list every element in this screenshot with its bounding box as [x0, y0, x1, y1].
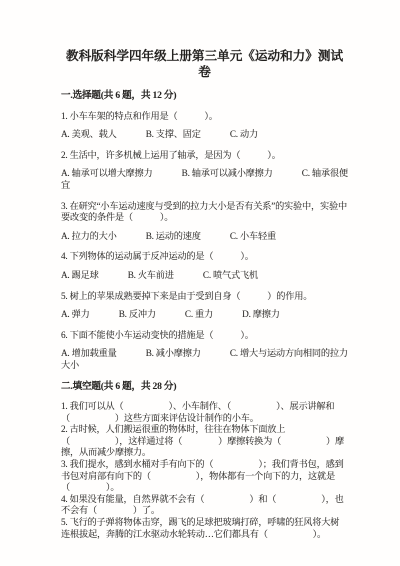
options-row: A. 踢足球 B. 火车前进 C. 喷气式飞机 — [61, 270, 348, 282]
question-text: 4. 下列物体的运动属于反冲运动的是（ ）。 — [61, 251, 348, 263]
option-a: A. 弹力 — [61, 309, 90, 319]
option-b: B. 火车前进 — [128, 270, 174, 280]
option-c: C. 动力 — [230, 129, 258, 139]
options-row: A. 轴承可以增大摩擦力 B. 轴承可以减小摩擦力 C. 轴承很便宜 — [61, 168, 348, 191]
option-b: B. 运动的速度 — [146, 231, 201, 241]
option-b: B. 支撑、固定 — [146, 129, 201, 139]
options-row: A. 拉力的大小 B. 运动的速度 C. 小车轻重 — [61, 231, 348, 243]
question-3: 3. 在研究“小车运动速度与受到的拉力大小是否有关系”的实验中，实验中要改变的条… — [61, 201, 348, 243]
question-text: 6. 下面不能使小车运动变快的措施是（ ）。 — [61, 330, 348, 342]
question-2: 2. 生活中，许多机械上运用了轴承，是因为（ ）。 A. 轴承可以增大摩擦力 B… — [61, 150, 348, 192]
option-b: B. 反冲力 — [119, 309, 156, 319]
fill-question-1: 1. 我们可以从（ ）、小车制作、（ ）、展示讲解和（ ）这些方面来评估设计制作… — [61, 401, 348, 424]
option-d: D. 摩擦力 — [242, 309, 280, 319]
question-5: 5. 树上的苹果成熟要掉下来是由于受到自身（ ）的作用。 A. 弹力 B. 反冲… — [61, 291, 348, 321]
options-row: A. 弹力 B. 反冲力 C. 重力 D. 摩擦力 — [61, 309, 348, 321]
options-row: A. 增加载重量 B. 减小摩擦力 C. 增大与运动方向相同的拉力大小 — [61, 348, 348, 371]
section-fill: 二.填空题(共 6 题，共 28 分) 1. 我们可以从（ ）、小车制作、（ ）… — [61, 381, 348, 541]
fill-question-3: 3. 我们提水，感到水桶对手有向下的（ ）；我们背书包，感到书包对肩部有向下的（… — [61, 459, 348, 494]
option-b: B. 轴承可以减小摩擦力 — [182, 168, 273, 178]
fill-question-4: 4. 如果没有能量，自然界就不会有（ ）和（ ），也不会有（ ）了。 — [61, 494, 348, 517]
option-a: A. 拉力的大小 — [61, 231, 117, 241]
question-text: 1. 小车车架的特点和作用是（ ）。 — [61, 111, 348, 123]
section-choice: 一.选择题(共 6 题，共 12 分) 1. 小车车架的特点和作用是（ ）。 A… — [61, 90, 348, 372]
question-1: 1. 小车车架的特点和作用是（ ）。 A. 美观、载人 B. 支撑、固定 C. … — [61, 111, 348, 141]
section-heading-choice: 一.选择题(共 6 题，共 12 分) — [61, 90, 348, 102]
option-c: C. 小车轻重 — [230, 231, 276, 241]
question-text: 2. 生活中，许多机械上运用了轴承，是因为（ ）。 — [61, 150, 348, 162]
question-text: 5. 树上的苹果成熟要掉下来是由于受到自身（ ）的作用。 — [61, 291, 348, 303]
section-heading-fill: 二.填空题(共 6 题，共 28 分) — [61, 381, 348, 393]
question-4: 4. 下列物体的运动属于反冲运动的是（ ）。 A. 踢足球 B. 火车前进 C.… — [61, 251, 348, 281]
option-a: A. 美观、载人 — [61, 129, 117, 139]
option-a: A. 增加载重量 — [61, 348, 117, 358]
option-c: C. 喷气式飞机 — [203, 270, 258, 280]
question-text: 3. 在研究“小车运动速度与受到的拉力大小是否有关系”的实验中，实验中要改变的条… — [61, 201, 348, 224]
option-a: A. 轴承可以增大摩擦力 — [61, 168, 153, 178]
test-paper-page: 教科版科学四年级上册第三单元《运动和力》测试卷 一.选择题(共 6 题，共 12… — [0, 0, 400, 566]
question-6: 6. 下面不能使小车运动变快的措施是（ ）。 A. 增加载重量 B. 减小摩擦力… — [61, 330, 348, 372]
option-c: C. 重力 — [185, 309, 213, 319]
option-b: B. 减小摩擦力 — [146, 348, 201, 358]
fill-question-5: 5. 飞行的子弹将物体击穿，踢飞的足球把玻璃打碎，呼啸的狂风将大树连根拔起，奔腾… — [61, 517, 348, 540]
option-a: A. 踢足球 — [61, 270, 99, 280]
fill-question-2: 2. 古时候，人们搬运很重的物体时，往往在物体下面放上（ ），这样通过将（ ）摩… — [61, 424, 348, 459]
page-title: 教科版科学四年级上册第三单元《运动和力》测试卷 — [64, 48, 346, 80]
options-row: A. 美观、载人 B. 支撑、固定 C. 动力 — [61, 129, 348, 141]
